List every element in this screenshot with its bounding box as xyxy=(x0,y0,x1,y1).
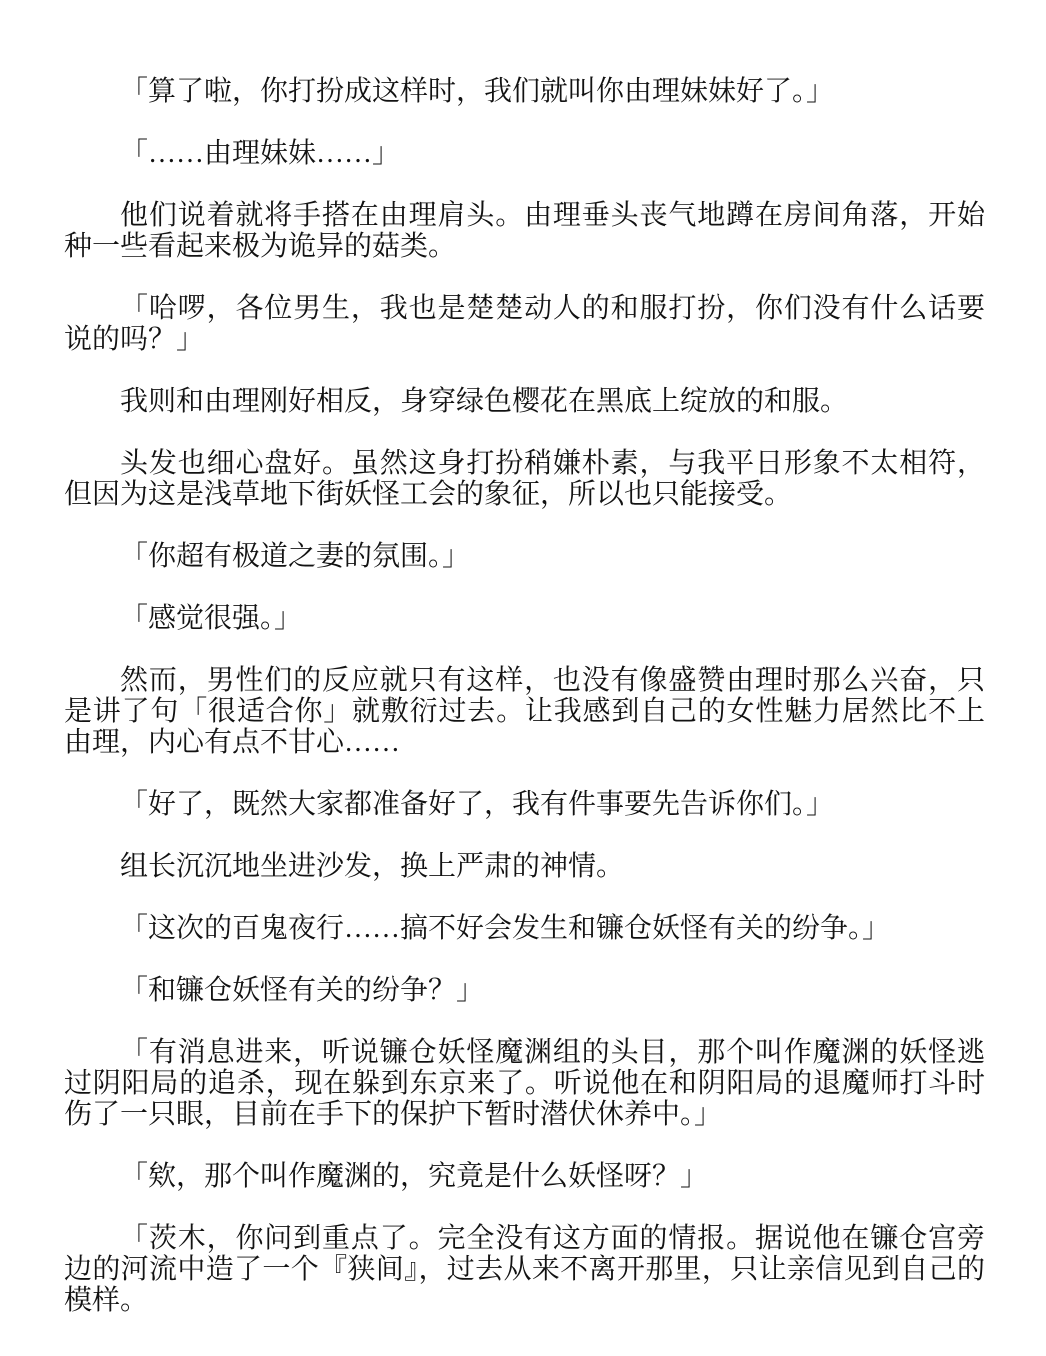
paragraph-narration: 然而，男性们的反应就只有这样，也没有像盛赞由理时那么兴奋，只是讲了句「很适合你」… xyxy=(64,665,985,758)
paragraph-dialogue: 「有消息进来，听说镰仓妖怪魔渊组的头目，那个叫作魔渊的妖怪逃过阴阳局的追杀，现在… xyxy=(64,1037,985,1130)
paragraph-dialogue: 「感觉很强。」 xyxy=(64,603,985,634)
paragraph-dialogue: 「欸，那个叫作魔渊的，究竟是什么妖怪呀？」 xyxy=(64,1161,985,1192)
novel-page: 「算了啦，你打扮成这样时，我们就叫你由理妹妹好了。」 「……由理妹妹……」 他们… xyxy=(0,0,1046,1356)
paragraph-dialogue: 「和镰仓妖怪有关的纷争？」 xyxy=(64,975,985,1006)
paragraph-dialogue: 「茨木，你问到重点了。完全没有这方面的情报。据说他在镰仓宫旁边的河流中造了一个『… xyxy=(64,1223,985,1316)
paragraph-dialogue: 「算了啦，你打扮成这样时，我们就叫你由理妹妹好了。」 xyxy=(64,76,985,107)
paragraph-dialogue: 「好了，既然大家都准备好了，我有件事要先告诉你们。」 xyxy=(64,789,985,820)
paragraph-dialogue: 「你超有极道之妻的氛围。」 xyxy=(64,541,985,572)
paragraph-narration: 我则和由理刚好相反，身穿绿色樱花在黑底上绽放的和服。 xyxy=(64,386,985,417)
ebook-viewer: { "document": { "background_color": "#ff… xyxy=(0,0,1046,1356)
paragraph-narration: 他们说着就将手搭在由理肩头。由理垂头丧气地蹲在房间角落，开始种一些看起来极为诡异… xyxy=(64,200,985,262)
paragraph-dialogue: 「这次的百鬼夜行……搞不好会发生和镰仓妖怪有关的纷争。」 xyxy=(64,913,985,944)
paragraph-narration: 组长沉沉地坐进沙发，换上严肃的神情。 xyxy=(64,851,985,882)
paragraph-narration: 头发也细心盘好。虽然这身打扮稍嫌朴素，与我平日形象不太相符，但因为这是浅草地下街… xyxy=(64,448,985,510)
paragraph-dialogue: 「哈啰，各位男生，我也是楚楚动人的和服打扮，你们没有什么话要说的吗？」 xyxy=(64,293,985,355)
paragraph-dialogue: 「……由理妹妹……」 xyxy=(64,138,985,169)
